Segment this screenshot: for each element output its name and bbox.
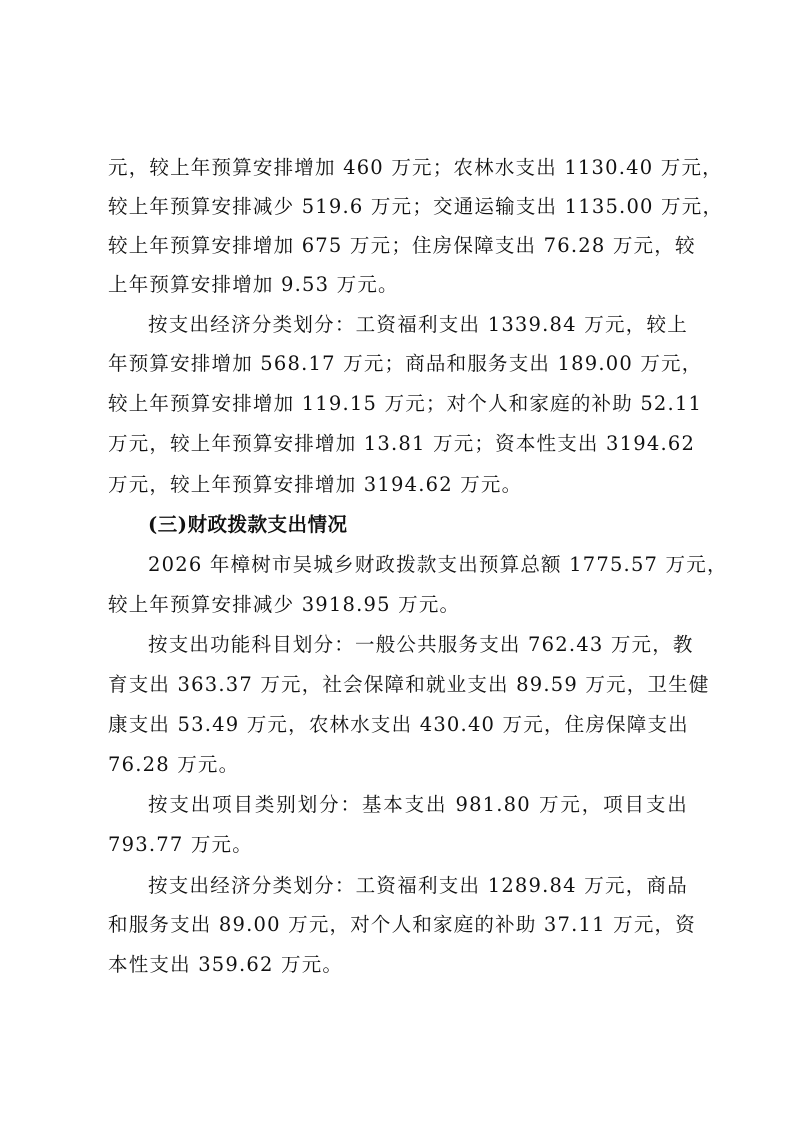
paragraph-line: 万元，较上年预算安排增加 3194.62 万元。 xyxy=(108,470,688,500)
paragraph-line: 元，较上年预算安排增加 460 万元；农林水支出 1130.40 万元， xyxy=(108,153,688,183)
paragraph-line: 较上年预算安排增加 119.15 万元；对个人和家庭的补助 52.11 xyxy=(108,389,688,419)
paragraph-line: 76.28 万元。 xyxy=(108,750,688,780)
paragraph-line: 上年预算安排增加 9.53 万元。 xyxy=(108,270,688,300)
paragraph-line: 2026 年樟树市吴城乡财政拨款支出预算总额 1775.57 万元， xyxy=(148,550,688,580)
paragraph-line: 万元，较上年预算安排增加 13.81 万元；资本性支出 3194.62 xyxy=(108,429,688,459)
paragraph-line: 康支出 53.49 万元，农林水支出 430.40 万元，住房保障支出 xyxy=(108,710,688,740)
paragraph-line: 较上年预算安排减少 3918.95 万元。 xyxy=(108,590,688,620)
paragraph-line: 按支出功能科目划分：一般公共服务支出 762.43 万元，教 xyxy=(148,630,688,660)
paragraph-line: 按支出项目类别划分：基本支出 981.80 万元，项目支出 xyxy=(148,790,688,820)
paragraph-line: 793.77 万元。 xyxy=(108,830,688,860)
paragraph-line: 育支出 363.37 万元，社会保障和就业支出 89.59 万元，卫生健 xyxy=(108,670,688,700)
paragraph-line: 较上年预算安排增加 675 万元；住房保障支出 76.28 万元，较 xyxy=(108,231,688,261)
paragraph-line: 年预算安排增加 568.17 万元；商品和服务支出 189.00 万元， xyxy=(108,349,688,379)
document-page: 元，较上年预算安排增加 460 万元；农林水支出 1130.40 万元， 较上年… xyxy=(0,0,793,1122)
section-heading: (三)财政拨款支出情况 xyxy=(148,510,688,540)
paragraph-line: 本性支出 359.62 万元。 xyxy=(108,950,688,980)
paragraph-line: 较上年预算安排减少 519.6 万元；交通运输支出 1135.00 万元， xyxy=(108,192,688,222)
paragraph-line: 和服务支出 89.00 万元，对个人和家庭的补助 37.11 万元，资 xyxy=(108,910,688,940)
paragraph-line: 按支出经济分类划分：工资福利支出 1289.84 万元，商品 xyxy=(148,871,688,901)
paragraph-line: 按支出经济分类划分：工资福利支出 1339.84 万元，较上 xyxy=(148,310,688,340)
